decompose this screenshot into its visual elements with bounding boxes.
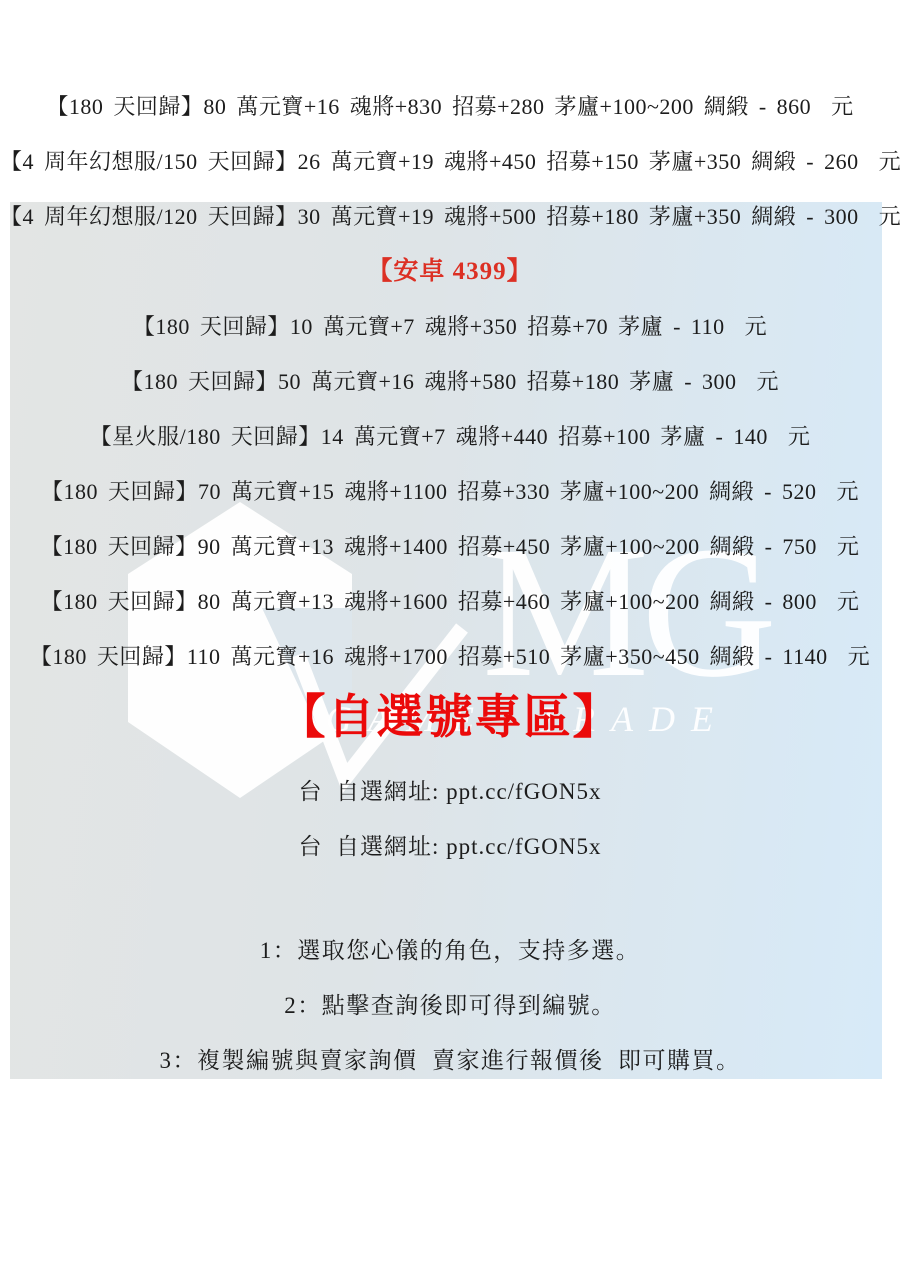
listing-line-6: 【星火服/180 天回歸】14 萬元寶+7 魂將+440 招募+100 茅廬 -… (0, 422, 900, 452)
self-select-zone-heading: 【自選號專區】 (0, 688, 900, 748)
listing-line-9: 【180 天回歸】80 萬元寶+13 魂將+1600 招募+460 茅廬+100… (0, 587, 900, 617)
instruction-step-3: 3：複製編號與賣家詢價 賣家進行報價後 即可購買。 (0, 1046, 900, 1076)
listing-line-10: 【180 天回歸】110 萬元寶+16 魂將+1700 招募+510 茅廬+35… (0, 642, 900, 672)
listing-line-5: 【180 天回歸】50 萬元寶+16 魂將+580 招募+180 茅廬 - 30… (0, 367, 900, 397)
listing-line-2: 【4 周年幻想服/150 天回歸】26 萬元寶+19 魂將+450 招募+150… (0, 147, 900, 177)
instruction-step-2: 2：點擊查詢後即可得到編號。 (0, 991, 900, 1021)
instruction-step-1: 1：選取您心儀的角色，支持多選。 (0, 936, 900, 966)
listing-line-3: 【4 周年幻想服/120 天回歸】30 萬元寶+19 魂將+500 招募+180… (0, 202, 900, 232)
android-section-heading: 【安卓 4399】 (0, 257, 900, 287)
listing-line-4: 【180 天回歸】10 萬元寶+7 魂將+350 招募+70 茅廬 - 110 … (0, 312, 900, 342)
self-select-url-1[interactable]: 台 自選網址: ppt.cc/fGON5x (0, 777, 900, 807)
self-select-url-2[interactable]: 台 自選網址: ppt.cc/fGON5x (0, 832, 900, 862)
price-list-page: MG GAME TRADE 【180 天回歸】80 萬元寶+16 魂將+830 … (0, 0, 900, 1273)
listing-line-7: 【180 天回歸】70 萬元寶+15 魂將+1100 招募+330 茅廬+100… (0, 477, 900, 507)
listing-line-1: 【180 天回歸】80 萬元寶+16 魂將+830 招募+280 茅廬+100~… (0, 92, 900, 122)
listing-line-8: 【180 天回歸】90 萬元寶+13 魂將+1400 招募+450 茅廬+100… (0, 532, 900, 562)
